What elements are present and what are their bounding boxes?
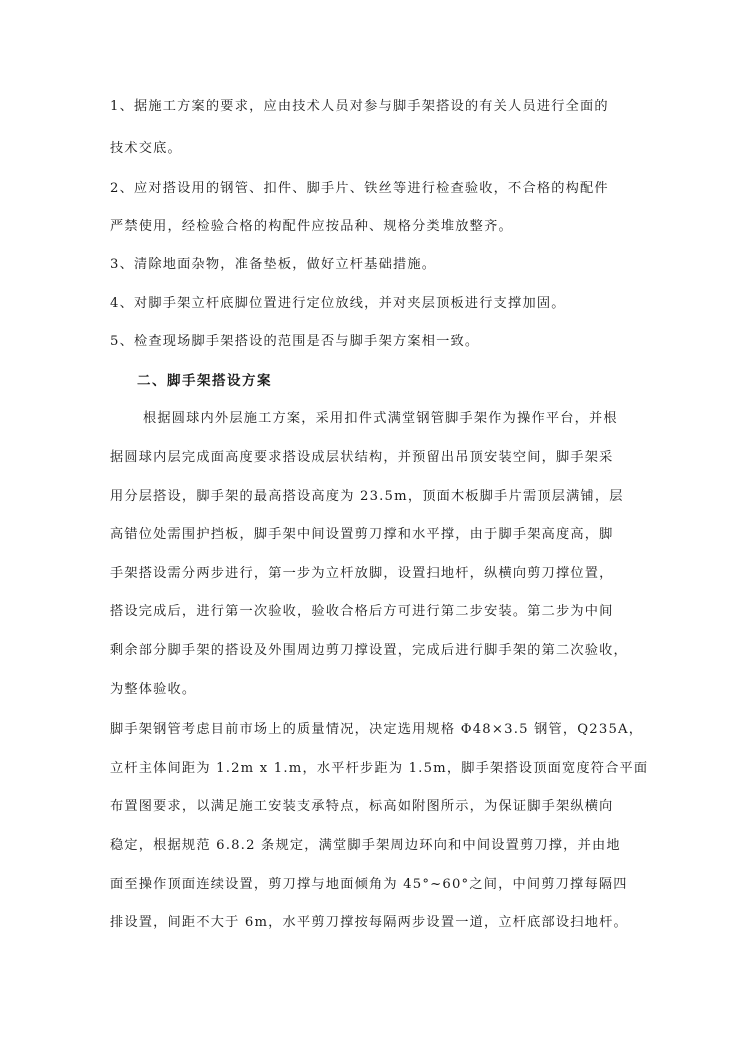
paragraph-line: 布置图要求，以满足施工安装支承特点，标高如附图所示，为保证脚手架纵横向: [110, 798, 614, 816]
section-heading: 二、脚手架搭设方案: [137, 372, 272, 390]
paragraph-line: 为整体验收。: [110, 681, 196, 699]
paragraph-line: 技术交底。: [110, 140, 182, 158]
paragraph-line: 用分层搭设，脚手架的最高搭设高度为 23.5m，顶面木板脚手片需顶层满铺，层: [110, 488, 624, 506]
paragraph-line: 严禁使用，经检验合格的构配件应按品种、规格分类堆放整齐。: [110, 218, 513, 236]
paragraph-line: 搭设完成后，进行第一次验收，验收合格后方可进行第二步安装。第二步为中间: [110, 603, 614, 621]
paragraph-line: 1、据施工方案的要求，应由技术人员对参与脚手架搭设的有关人员进行全面的: [110, 98, 609, 116]
paragraph-line: 根据圆球内外层施工方案，采用扣件式满堂钢管脚手架作为操作平台，并根: [143, 410, 618, 428]
document-page: 1、据施工方案的要求，应由技术人员对参与脚手架搭设的有关人员进行全面的技术交底。…: [0, 0, 744, 1052]
paragraph-line: 高错位处需围护挡板，脚手架中间设置剪刀撑和水平撑，由于脚手架高度高，脚: [110, 526, 614, 544]
paragraph-line: 剩余部分脚手架的搭设及外围周边剪刀撑设置，完成后进行脚手架的第二次验收，: [110, 642, 628, 660]
paragraph-line: 4、对脚手架立杆底脚位置进行定位放线，并对夹层顶板进行支撑加固。: [110, 295, 566, 313]
paragraph-line: 5、检查现场脚手架搭设的范围是否与脚手架方案相一致。: [110, 333, 479, 351]
paragraph-line: 手架搭设需分两步进行，第一步为立杆放脚，设置扫地杆，纵横向剪刀撑位置，: [110, 565, 614, 583]
paragraph-line: 排设置，间距不大于 6m，水平剪刀撑按每隔两步设置一道，立杆底部设扫地杆。: [110, 914, 628, 932]
paragraph-line: 脚手架钢管考虑目前市场上的质量情况，决定选用规格 Φ48×3.5 钢管，Q235…: [110, 721, 643, 739]
paragraph-line: 立杆主体间距为 1.2m x 1.m，水平杆步距为 1.5m，脚手架搭设顶面宽度…: [110, 760, 648, 778]
paragraph-line: 2、应对搭设用的钢管、扣件、脚手片、铁丝等进行检查验收，不合格的构配件: [110, 180, 609, 198]
paragraph-line: 稳定，根据规范 6.8.2 条规定，满堂脚手架周边环向和中间设置剪刀撑，并由地: [110, 837, 621, 855]
paragraph-line: 据圆球内层完成面高度要求搭设成层状结构，并预留出吊顶安装空间，脚手架采: [110, 449, 614, 467]
paragraph-line: 面至操作顶面连续设置，剪刀撑与地面倾角为 45°~60°之间，中间剪刀撑每隔四: [110, 876, 628, 894]
paragraph-line: 3、清除地面杂物，准备垫板，做好立杆基础措施。: [110, 256, 436, 274]
